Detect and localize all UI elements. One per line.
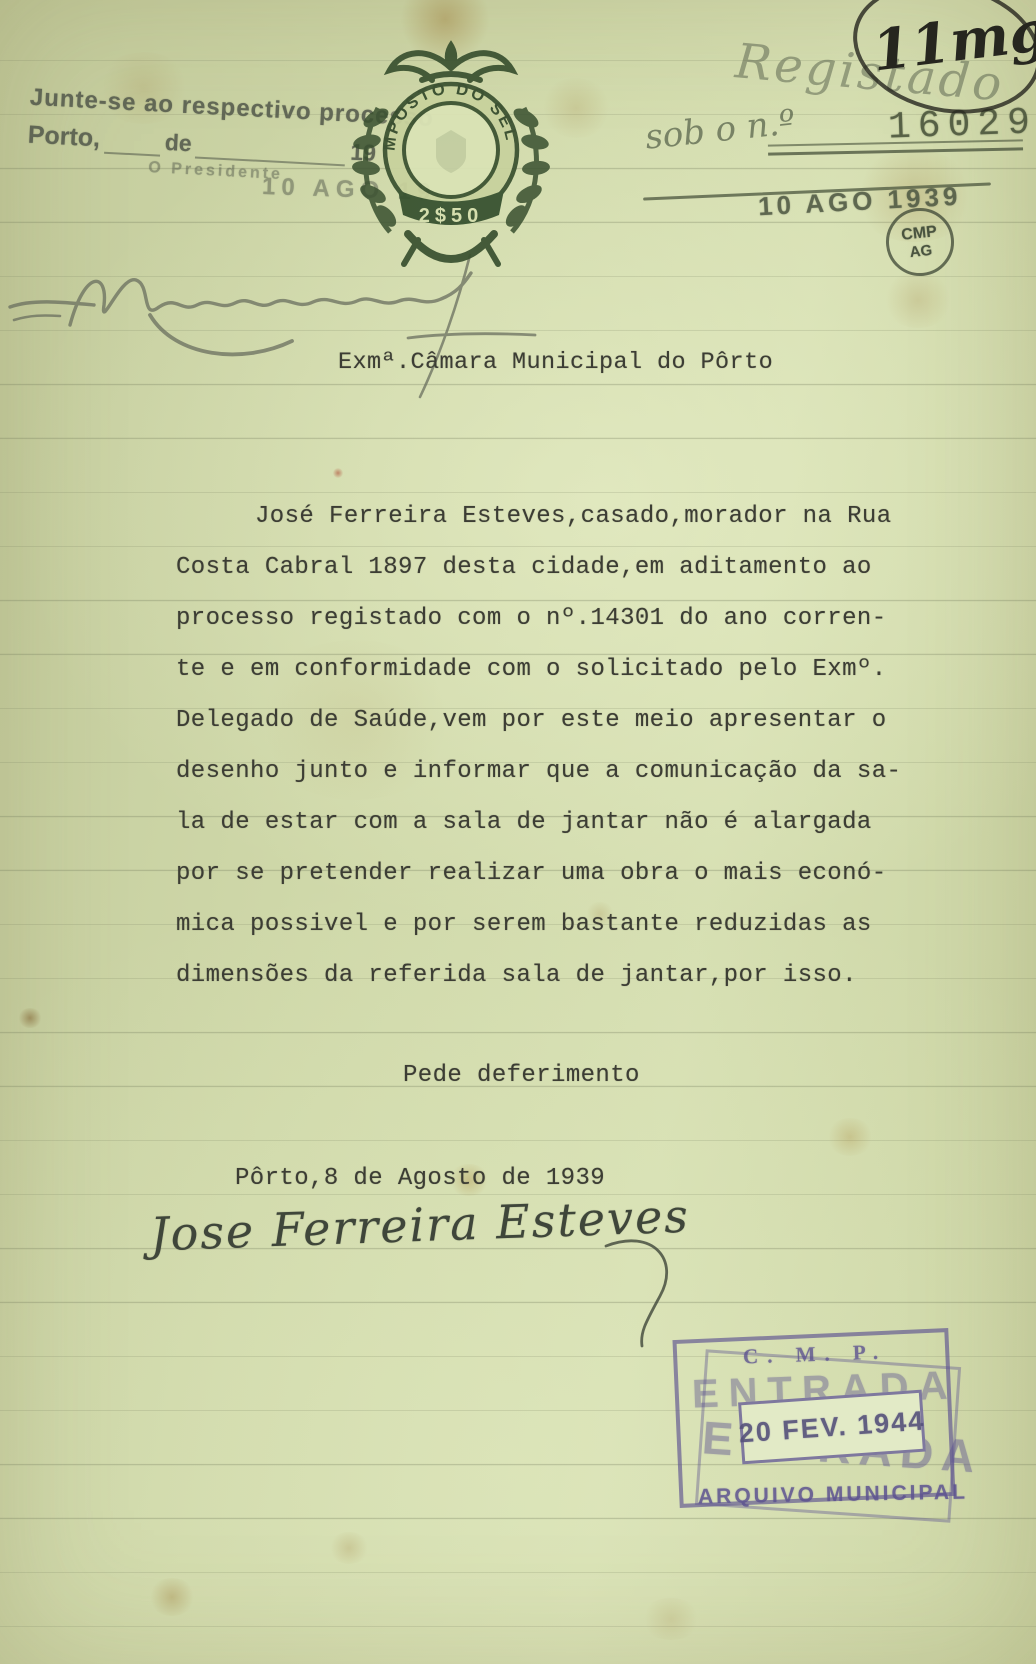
body-line: dimensões da referida sala de jantar,por… [176, 962, 896, 1013]
stain [882, 272, 954, 328]
revenue-stamp-seal: IMPOSTO DO SELO 2$50 [346, 38, 556, 268]
body-line: desenho junto e informar que a comunicaç… [176, 758, 896, 809]
filing-stamp-city: Porto, [27, 121, 101, 153]
body-line: Costa Cabral 1897 desta cidade,em aditam… [176, 554, 896, 605]
body-line: processo registado com o nº.14301 do ano… [176, 605, 896, 656]
cmp-round-stamp: CMP AG [883, 205, 958, 280]
stain [18, 1008, 42, 1028]
closing: Pede deferimento [403, 1062, 640, 1089]
president-signature [0, 245, 560, 410]
registration-underline [768, 139, 1023, 155]
seal-value: 2$50 [419, 205, 484, 227]
document-page: Junte-se ao respectivo processo Porto, d… [0, 0, 1036, 1664]
body-line: la de estar com a sala de jantar não é a… [176, 809, 896, 860]
body-line: José Ferreira Esteves,casado,morador na … [176, 503, 896, 554]
body-line: mica possivel e por serem bastante reduz… [176, 911, 896, 962]
body-line: por se pretender realizar uma obra o mai… [176, 860, 896, 911]
stain [328, 1532, 370, 1564]
filing-stamp-de: de [164, 129, 192, 156]
stain [333, 468, 343, 478]
stain [826, 1118, 874, 1156]
entry-stamp-date-box: 20 FEV. 1944 [738, 1390, 926, 1465]
salutation: Exmª.Câmara Municipal do Pôrto [338, 349, 773, 376]
body-line: te e em conformidade com o solicitado pe… [176, 656, 896, 707]
cmp-round-stamp-top: CMP [900, 223, 937, 245]
entry-stamp-date: 20 FEV. 1944 [738, 1405, 926, 1449]
blank-line [104, 132, 161, 157]
stain [640, 1598, 702, 1640]
stain [148, 1578, 196, 1616]
body-line: Delegado de Saúde,vem por este meio apre… [176, 707, 896, 758]
cmp-round-stamp-bottom: AG [909, 241, 933, 260]
entry-stamp-footer: ARQUIVO MUNICIPAL [696, 1481, 970, 1510]
letter-body: José Ferreira Esteves,casado,morador na … [176, 503, 896, 1013]
dateline: Pôrto,8 de Agosto de 1939 [235, 1165, 605, 1192]
entry-stamp: C. M. P. ENTRADA ENTRADA 20 FEV. 1944 AR… [640, 1320, 980, 1530]
